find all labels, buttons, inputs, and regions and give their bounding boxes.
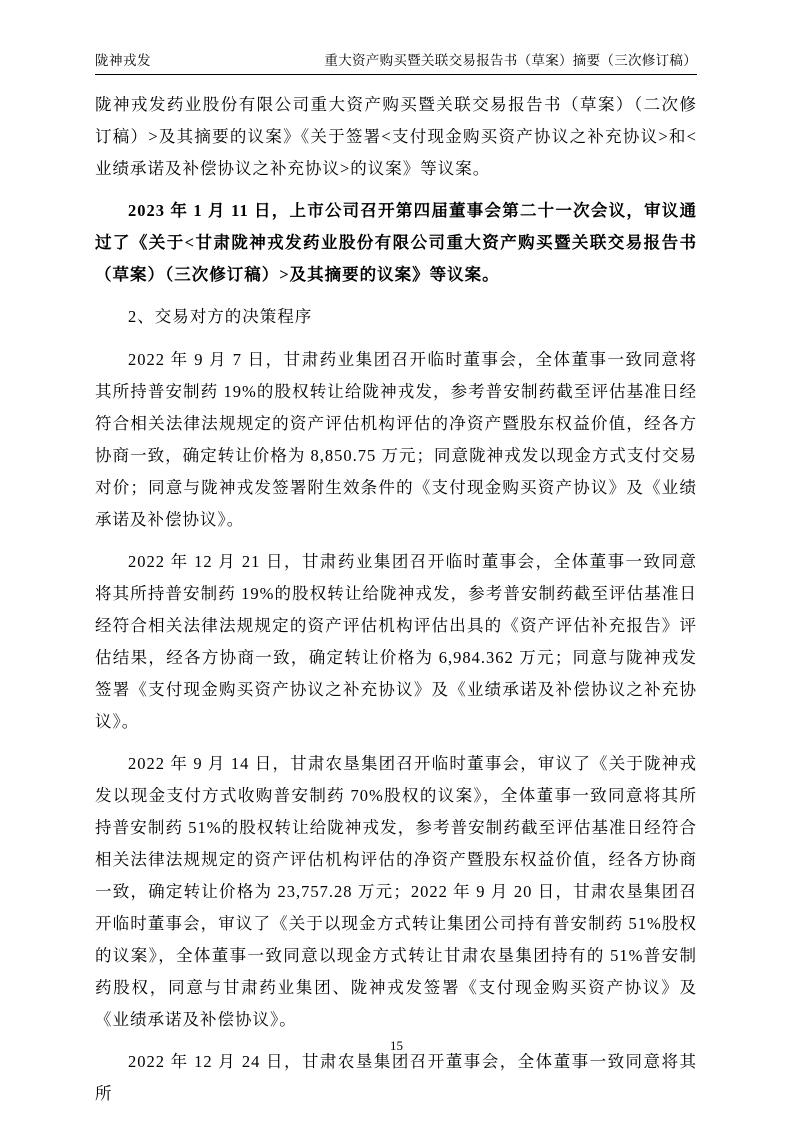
paragraph-gansu-pharma-2022-09-07: 2022 年 9 月 7 日，甘肃药业集团召开临时董事会，全体董事一致同意将其所… bbox=[95, 344, 697, 536]
header-company-name: 陇神戎发 bbox=[95, 52, 151, 70]
header-document-title: 重大资产购买暨关联交易报告书（草案）摘要（三次修订稿） bbox=[324, 52, 697, 70]
section-heading-counterparty-decision: 2、交易对方的决策程序 bbox=[95, 301, 697, 333]
paragraph-continuation: 陇神戎发药业股份有限公司重大资产购买暨关联交易报告书（草案）（二次修订稿）>及其… bbox=[95, 89, 697, 185]
page-number: 15 bbox=[390, 1038, 403, 1053]
paragraph-gansu-nongken-2022-12-24: 2022 年 12 月 24 日，甘肃农垦集团召开董事会，全体董事一致同意将其所 bbox=[95, 1046, 697, 1110]
page-footer: 15 bbox=[0, 1038, 793, 1054]
paragraph-board-meeting-resolution: 2023 年 1 月 11 日，上市公司召开第四届董事会第二十一次会议，审议通过… bbox=[95, 195, 697, 291]
paragraph-gansu-nongken-2022-09-14: 2022 年 9 月 14 日，甘肃农垦集团召开临时董事会，审议了《关于陇神戎发… bbox=[95, 748, 697, 1036]
document-body: 陇神戎发药业股份有限公司重大资产购买暨关联交易报告书（草案）（二次修订稿）>及其… bbox=[95, 89, 697, 1120]
page-header: 陇神戎发 重大资产购买暨关联交易报告书（草案）摘要（三次修订稿） bbox=[95, 52, 697, 75]
paragraph-gansu-pharma-2022-12-21: 2022 年 12 月 21 日，甘肃药业集团召开临时董事会，全体董事一致同意将… bbox=[95, 546, 697, 738]
document-page: 陇神戎发 重大资产购买暨关联交易报告书（草案）摘要（三次修订稿） 陇神戎发药业股… bbox=[0, 0, 793, 1122]
